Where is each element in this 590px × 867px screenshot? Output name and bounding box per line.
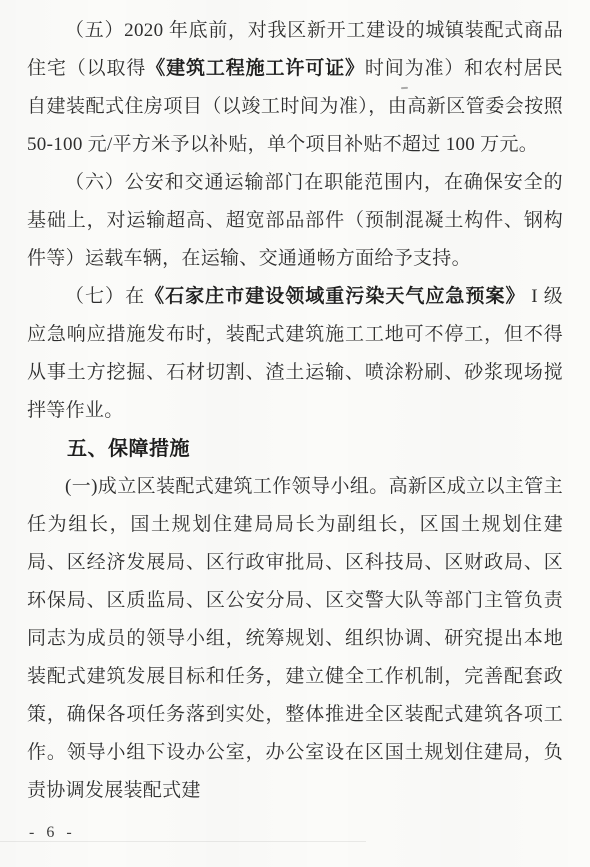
section-heading: 五、保障措施 xyxy=(27,430,563,468)
paragraph-clause-5: （五）2020 年底前，对我区新开工建设的城镇装配式商品住宅（以取得《建筑工程施… xyxy=(27,12,563,164)
paragraph-clause-7: （七）在《石家庄市建设领域重污染天气应急预案》 I 级应急响应措施发布时，装配式… xyxy=(27,278,563,430)
page-number: - 6 - xyxy=(29,822,76,844)
document-page: （五）2020 年底前，对我区新开工建设的城镇装配式商品住宅（以取得《建筑工程施… xyxy=(0,0,590,867)
paragraph-clause-1: (一)成立区装配式建筑工作领导小组。高新区成立以主管主任为组长，国土规划住建局局… xyxy=(27,468,563,810)
paragraph-clause-6: （六）公安和交通运输部门在职能范围内，在确保安全的基础上，对运输超高、超宽部品部… xyxy=(27,164,563,278)
document-body: （五）2020 年底前，对我区新开工建设的城镇装配式商品住宅（以取得《建筑工程施… xyxy=(27,12,563,810)
